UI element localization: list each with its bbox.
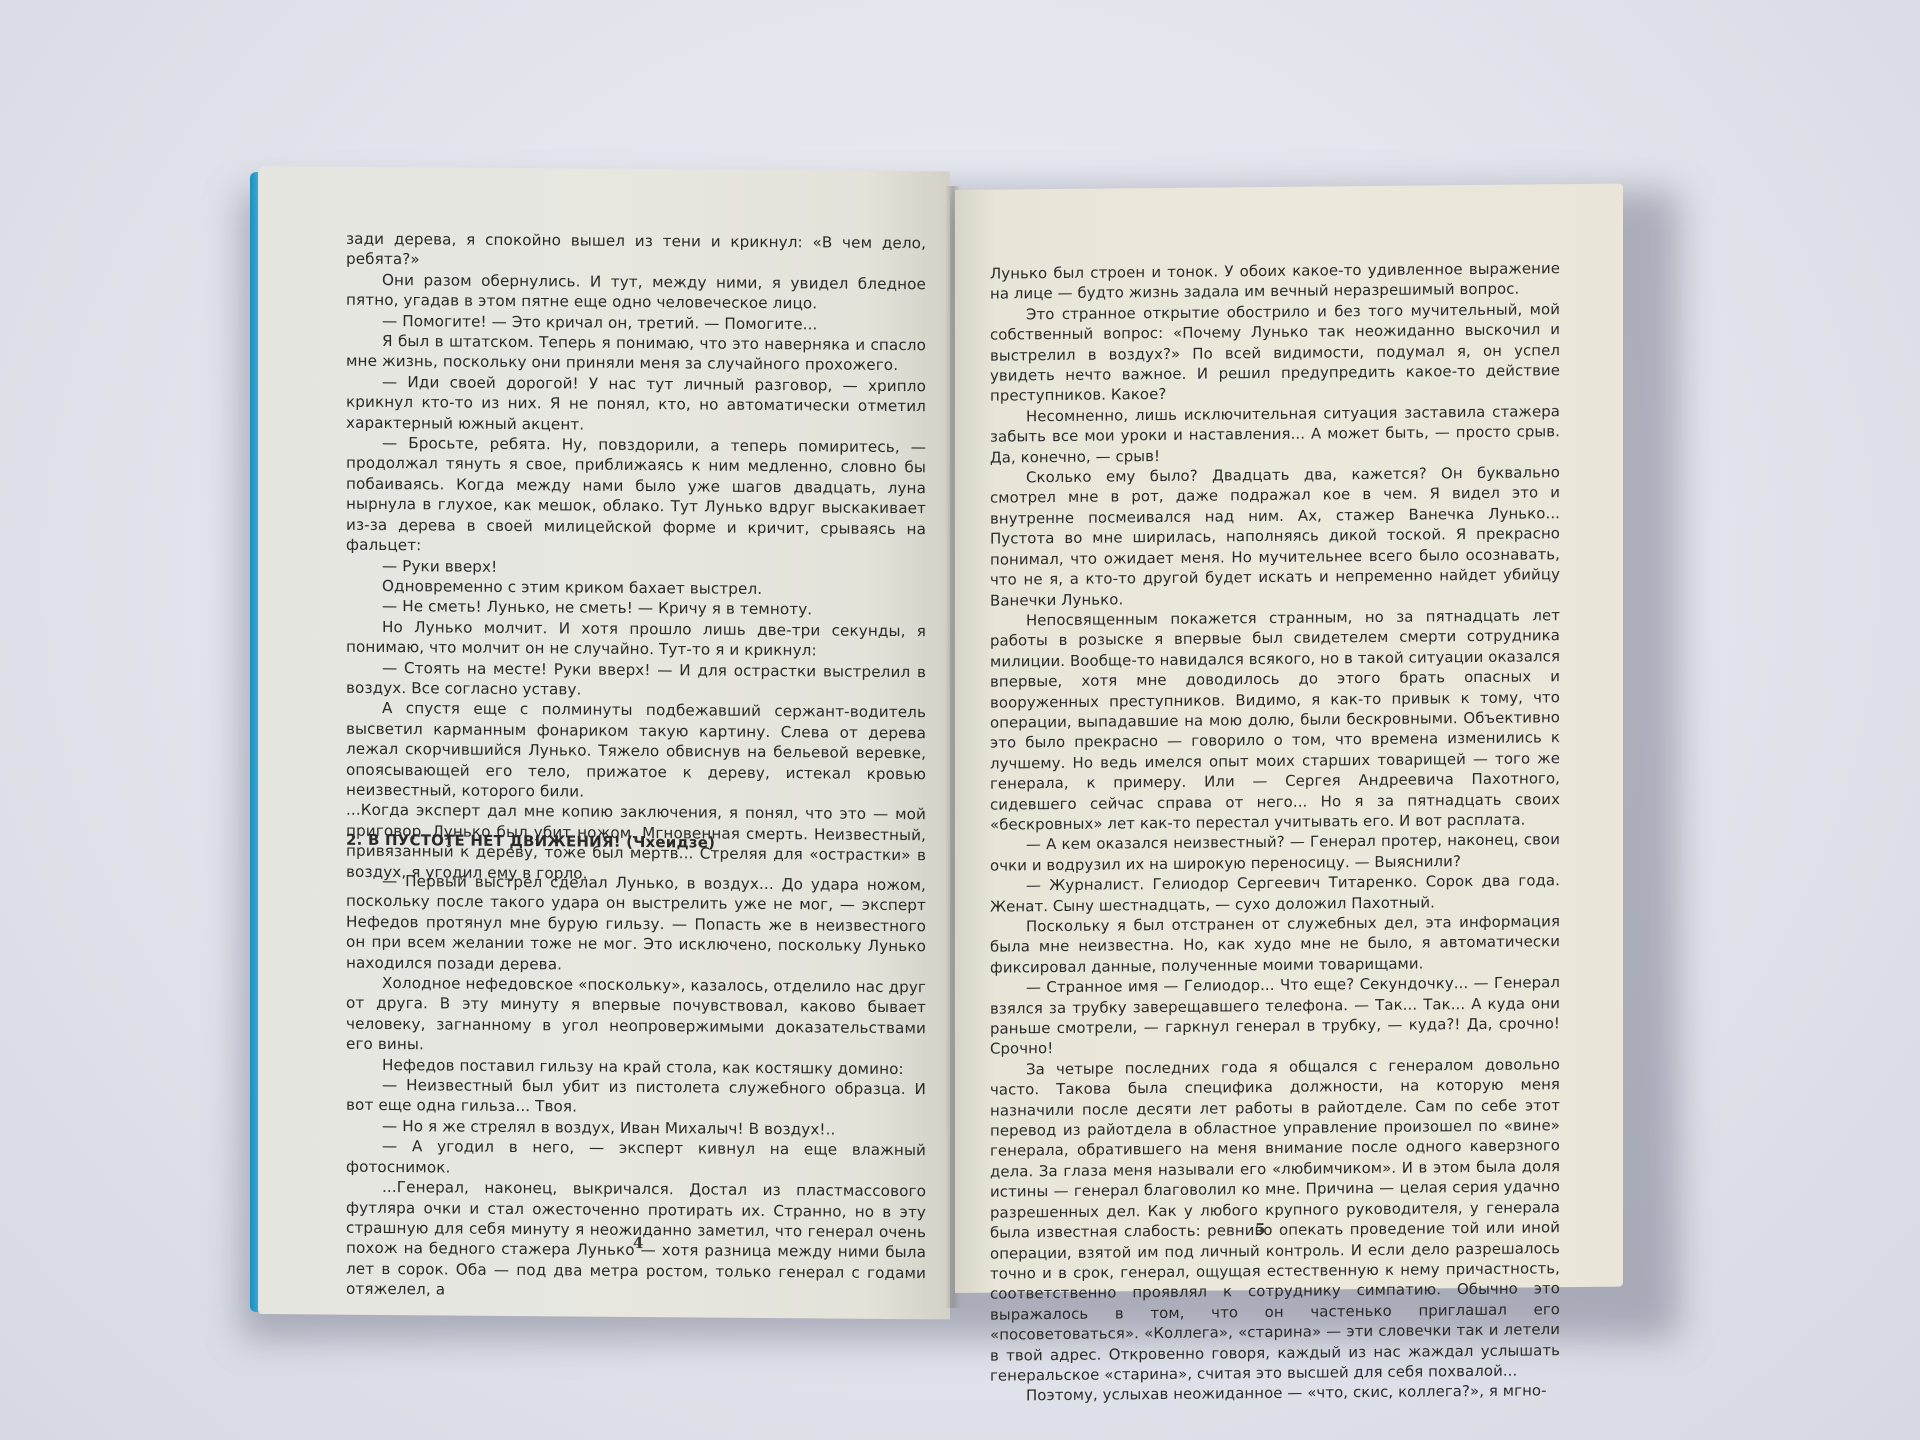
paragraph: Поэтому, услыхав неожиданное — «что, ски… <box>990 1381 1560 1407</box>
page-number-left: 4 <box>633 1234 643 1252</box>
left-page-section1: зади дерева, я спокойно вышел из тени и … <box>346 229 926 887</box>
paragraph: Холодное нефедовское «поскольку», казало… <box>346 973 926 1059</box>
right-page-text: Лунько был строен и тонок. У обоих какое… <box>990 258 1560 1406</box>
paragraph: — Иди своей дорогой! У нас тут личный ра… <box>346 372 926 438</box>
paragraph: Но Лунько молчит. И хотя прошло лишь две… <box>346 616 926 661</box>
left-page: зади дерева, я спокойно вышел из тени и … <box>258 166 950 1319</box>
paragraph: — А кем оказался неизвестный? — Генерал … <box>990 830 1560 876</box>
paragraph: За четыре последних года я общался с ген… <box>990 1054 1560 1386</box>
paragraph: — Неизвестный был убит из пистолета служ… <box>346 1075 926 1120</box>
page-number-right: 5 <box>1255 1220 1265 1238</box>
paragraph: — Журналист. Гелиодор Сергеевич Титаренк… <box>990 870 1560 916</box>
paragraph: Непосвященным покажется странным, но за … <box>990 605 1560 835</box>
paragraph: зади дерева, я спокойно вышел из тени и … <box>346 229 926 274</box>
paragraph: — Первый выстрел сделал Лунько, в воздух… <box>346 871 926 978</box>
paragraph: Лунько был строен и тонок. У обоих какое… <box>990 258 1560 304</box>
paragraph: — А угодил в него, — эксперт кивнул на е… <box>346 1136 926 1181</box>
paragraph: Это странное открытие обострило и без то… <box>990 299 1560 407</box>
paragraph: — Стоять на месте! Руки вверх! — И для о… <box>346 657 926 702</box>
paragraph: Поскольку я был отстранен от служебных д… <box>990 911 1560 978</box>
right-page: Лунько был строен и тонок. У обоих какое… <box>955 184 1623 1293</box>
paragraph: Они разом обернулись. И тут, между ними,… <box>346 270 926 315</box>
paragraph: — Бросьте, ребята. Ну, повздорили, а теп… <box>346 433 926 560</box>
paragraph: Сколько ему было? Двадцать два, кажется?… <box>990 462 1560 610</box>
paragraph: Несомненно, лишь исключительная ситуация… <box>990 401 1560 468</box>
paragraph: — Странное имя — Гелиодор... Что еще? Се… <box>990 972 1560 1059</box>
paragraph: Я был в штатском. Теперь я понимаю, что … <box>346 331 926 376</box>
paragraph: А спустя еще с полминуты подбежавший сер… <box>346 698 926 805</box>
chapter-heading: 2. В ПУСТОТЕ НЕТ ДВИЖЕНИЯ! (Чхеидзе) <box>346 831 715 852</box>
